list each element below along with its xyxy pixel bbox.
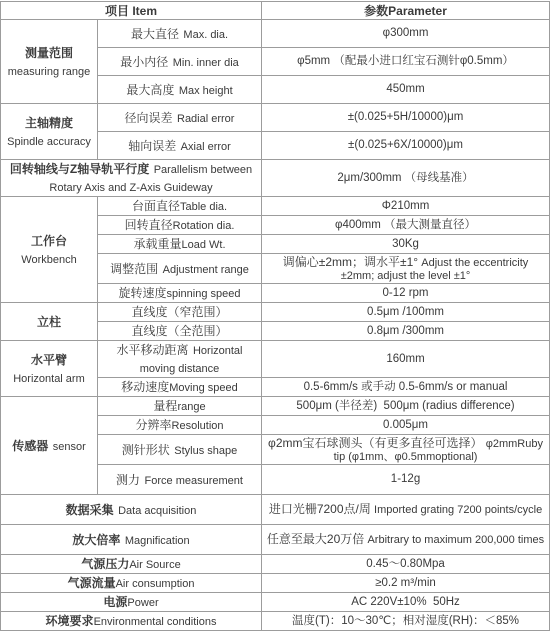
- value-force-measurement: 1-12g: [262, 465, 550, 495]
- value-straightness-narrow: 0.5μm /100mm: [262, 303, 550, 322]
- row-table-dia: 工作台 Workbench 台面直径Table dia. Φ210mm: [1, 197, 550, 216]
- item-label-cn: 量程: [153, 399, 177, 413]
- label-air-source: 气源压力Air Source: [1, 555, 262, 574]
- item-horizontal-moving-distance: 水平移动距离 Horizontal moving distance: [98, 341, 262, 378]
- item-label-cn: 最小内径: [120, 55, 168, 69]
- item-min-inner-dia: 最小内径 Min. inner dia: [98, 48, 262, 76]
- value-stylus-shape: φ2mm宝石球测头（有更多直径可选择） φ2mmRuby tip (φ1mm、φ…: [262, 435, 550, 465]
- label-en: Power: [127, 597, 158, 609]
- item-rotation-dia: 回转直径Rotation dia.: [98, 216, 262, 235]
- label-cn: 放大倍率: [72, 533, 120, 547]
- row-environment: 环境要求Environmental conditions 温度(T)：10～30…: [1, 612, 550, 631]
- label-magnification: 放大倍率 Magnification: [1, 525, 262, 555]
- label-cn: 电源: [103, 595, 127, 609]
- value-air-source: 0.45～0.80Mpa: [262, 555, 550, 574]
- value-magnification: 任意至最大20万倍 Arbitrary to maximum 200,000 t…: [262, 525, 550, 555]
- value-power: AC 220V±10% 50Hz: [262, 593, 550, 612]
- item-stylus-shape: 测针形状 Stylus shape: [98, 435, 262, 465]
- label-power: 电源Power: [1, 593, 262, 612]
- item-label-cn: 分辨率: [136, 418, 172, 432]
- header-item: 项目 Item: [1, 2, 262, 20]
- label-cn: 数据采集: [66, 503, 114, 517]
- value-en: Imported grating 7200 points/cycle: [374, 504, 542, 516]
- group-label-cn: 主轴精度: [25, 116, 73, 130]
- row-power: 电源Power AC 220V±10% 50Hz: [1, 593, 550, 612]
- value-range: 500μm (半径差) 500μm (radius difference): [262, 397, 550, 416]
- value-rotation-dia: φ400mm （最大测量直径）: [262, 216, 550, 235]
- value-min-inner-dia: φ5mm （配最小进口红宝石测针φ0.5mm）: [262, 48, 550, 76]
- item-label-cn: 径向误差: [125, 111, 173, 125]
- row-air-consumption: 气源流量Air consumption ≥0.2 m³/min: [1, 574, 550, 593]
- value-horizontal-moving-distance: 160mm: [262, 341, 550, 378]
- value-cn: 进口光栅7200点/周: [269, 502, 371, 516]
- label-data-acquisition: 数据采集 Data acquisition: [1, 495, 262, 525]
- header-row: 项目 Item 参数Parameter: [1, 2, 550, 20]
- value-parallelism: 2μm/300mm （母线基准）: [262, 160, 550, 197]
- value-table-dia: Φ210mm: [262, 197, 550, 216]
- item-label-en: Force measurement: [145, 475, 243, 487]
- item-resolution: 分辨率Resolution: [98, 416, 262, 435]
- value-data-acquisition: 进口光栅7200点/周 Imported grating 7200 points…: [262, 495, 550, 525]
- item-label-cn: 承载重量: [133, 237, 181, 251]
- item-force-measurement: 测力 Force measurement: [98, 465, 262, 495]
- item-label-cn: 测针形状: [122, 443, 170, 457]
- item-label-en: Load Wt.: [182, 239, 226, 251]
- item-label-cn: 台面直径: [132, 199, 180, 213]
- item-label-en: spinning speed: [167, 288, 241, 300]
- item-label-cn: 旋转速度: [118, 286, 166, 300]
- item-label-en: Radial error: [177, 113, 234, 125]
- item-range: 量程range: [98, 397, 262, 416]
- group-label-en: sensor: [53, 441, 86, 453]
- item-label-cn: 直线度（全范围）: [132, 324, 228, 338]
- item-moving-speed: 移动速度Moving speed: [98, 378, 262, 397]
- value-max-height: 450mm: [262, 76, 550, 104]
- item-axial-error: 轴向误差 Axial error: [98, 132, 262, 160]
- item-label-en: Axial error: [181, 141, 231, 153]
- group-label-cn: 传感器: [12, 439, 48, 453]
- group-label-cn: 工作台: [31, 234, 67, 248]
- row-data-acquisition: 数据采集 Data acquisition 进口光栅7200点/周 Import…: [1, 495, 550, 525]
- item-straightness-full: 直线度（全范围）: [98, 322, 262, 341]
- value-cn: 调偏心±2mm；调水平±1°: [283, 255, 418, 269]
- value-axial-error: ±(0.025+6X/10000)μm: [262, 132, 550, 160]
- value-max-dia: φ300mm: [262, 20, 550, 48]
- row-max-dia: 测量范围 measuring range 最大直径 Max. dia. φ300…: [1, 20, 550, 48]
- value-spinning-speed: 0-12 rpm: [262, 284, 550, 303]
- item-label-en: Resolution: [172, 420, 224, 432]
- item-label-en: range: [177, 401, 205, 413]
- row-range: 传感器 sensor 量程range 500μm (半径差) 500μm (ra…: [1, 397, 550, 416]
- value-load-wt: 30Kg: [262, 235, 550, 254]
- group-horizontal-arm: 水平臂 Horizontal arm: [1, 341, 98, 397]
- group-spindle-accuracy: 主轴精度 Spindle accuracy: [1, 104, 98, 160]
- header-parameter: 参数Parameter: [262, 2, 550, 20]
- label-en: Magnification: [125, 535, 190, 547]
- item-label-cn: 移动速度: [121, 380, 169, 394]
- label-cn: 环境要求: [46, 614, 94, 628]
- item-label-en: Max. dia.: [183, 29, 228, 41]
- group-label-en: Spindle accuracy: [7, 136, 91, 148]
- label-en: Environmental conditions: [94, 616, 217, 628]
- label-en: Data acquisition: [118, 505, 196, 517]
- value-straightness-full: 0.8μm /300mm: [262, 322, 550, 341]
- group-sensor: 传感器 sensor: [1, 397, 98, 495]
- item-label-cn: 轴向误差: [128, 139, 176, 153]
- item-label-cn: 水平移动距离: [117, 343, 189, 357]
- item-label-cn: 最大高度: [126, 83, 174, 97]
- item-label-cn: 回转直径: [125, 218, 173, 232]
- group-label-cn: 测量范围: [25, 46, 73, 60]
- item-max-height: 最大高度 Max height: [98, 76, 262, 104]
- spec-sheet-page: 项目 Item 参数Parameter 测量范围 measuring range…: [0, 0, 550, 572]
- item-label-en: Rotation dia.: [173, 220, 235, 232]
- item-label-en: Table dia.: [180, 201, 227, 213]
- value-cn: 任意至最大20万倍: [267, 532, 364, 546]
- row-parallelism: 回转轴线与Z轴导轨平行度 Parallelism between Rotary …: [1, 160, 550, 197]
- value-radial-error: ±(0.025+5H/10000)μm: [262, 104, 550, 132]
- row-air-source: 气源压力Air Source 0.45～0.80Mpa: [1, 555, 550, 574]
- item-label-en: Moving speed: [169, 382, 238, 394]
- row-horizontal-moving-distance: 水平臂 Horizontal arm 水平移动距离 Horizontal mov…: [1, 341, 550, 378]
- item-straightness-narrow: 直线度（窄范围）: [98, 303, 262, 322]
- group-label-cn: 水平臂: [31, 353, 67, 367]
- label-parallelism: 回转轴线与Z轴导轨平行度 Parallelism between Rotary …: [1, 160, 262, 197]
- item-adjustment-range: 调整范围 Adjustment range: [98, 254, 262, 284]
- label-en: Air consumption: [116, 578, 195, 590]
- label-en: Air Source: [129, 559, 180, 571]
- item-load-wt: 承载重量Load Wt.: [98, 235, 262, 254]
- item-max-dia: 最大直径 Max. dia.: [98, 20, 262, 48]
- group-measuring-range: 测量范围 measuring range: [1, 20, 98, 104]
- group-label-en: Horizontal arm: [13, 373, 85, 385]
- item-radial-error: 径向误差 Radial error: [98, 104, 262, 132]
- group-label-cn: 立柱: [37, 315, 61, 329]
- value-adjustment-range: 调偏心±2mm；调水平±1° Adjust the eccentricity ±…: [262, 254, 550, 284]
- group-column: 立柱: [1, 303, 98, 341]
- value-air-consumption: ≥0.2 m³/min: [262, 574, 550, 593]
- label-cn: 回转轴线与Z轴导轨平行度: [10, 162, 149, 176]
- group-label-en: measuring range: [8, 66, 91, 78]
- value-en: Arbitrary to maximum 200,000 times: [367, 534, 544, 546]
- row-straightness-narrow: 立柱 直线度（窄范围） 0.5μm /100mm: [1, 303, 550, 322]
- row-magnification: 放大倍率 Magnification 任意至最大20万倍 Arbitrary t…: [1, 525, 550, 555]
- item-label-cn: 调整范围: [110, 262, 158, 276]
- label-environment: 环境要求Environmental conditions: [1, 612, 262, 631]
- value-resolution: 0.005μm: [262, 416, 550, 435]
- group-workbench: 工作台 Workbench: [1, 197, 98, 303]
- label-cn: 气源流量: [68, 576, 116, 590]
- row-radial-error: 主轴精度 Spindle accuracy 径向误差 Radial error …: [1, 104, 550, 132]
- group-label-en: Workbench: [21, 254, 76, 266]
- item-label-en: Stylus shape: [174, 445, 237, 457]
- spec-table: 项目 Item 参数Parameter 测量范围 measuring range…: [0, 1, 550, 631]
- item-label-cn: 测力: [116, 473, 140, 487]
- item-label-cn: 最大直径: [131, 27, 179, 41]
- item-label-cn: 直线度（窄范围）: [132, 305, 228, 319]
- label-cn: 气源压力: [81, 557, 129, 571]
- item-spinning-speed: 旋转速度spinning speed: [98, 284, 262, 303]
- value-environment: 温度(T)：10～30℃；相对湿度(RH)：＜85%: [262, 612, 550, 631]
- value-moving-speed: 0.5-6mm/s 或手动 0.5-6mm/s or manual: [262, 378, 550, 397]
- item-label-en: Max height: [179, 85, 233, 97]
- item-label-en: Min. inner dia: [173, 57, 239, 69]
- value-cn: φ2mm宝石球测头（有更多直径可选择）: [268, 436, 482, 450]
- item-table-dia: 台面直径Table dia.: [98, 197, 262, 216]
- item-label-en: Adjustment range: [163, 264, 249, 276]
- label-air-consumption: 气源流量Air consumption: [1, 574, 262, 593]
